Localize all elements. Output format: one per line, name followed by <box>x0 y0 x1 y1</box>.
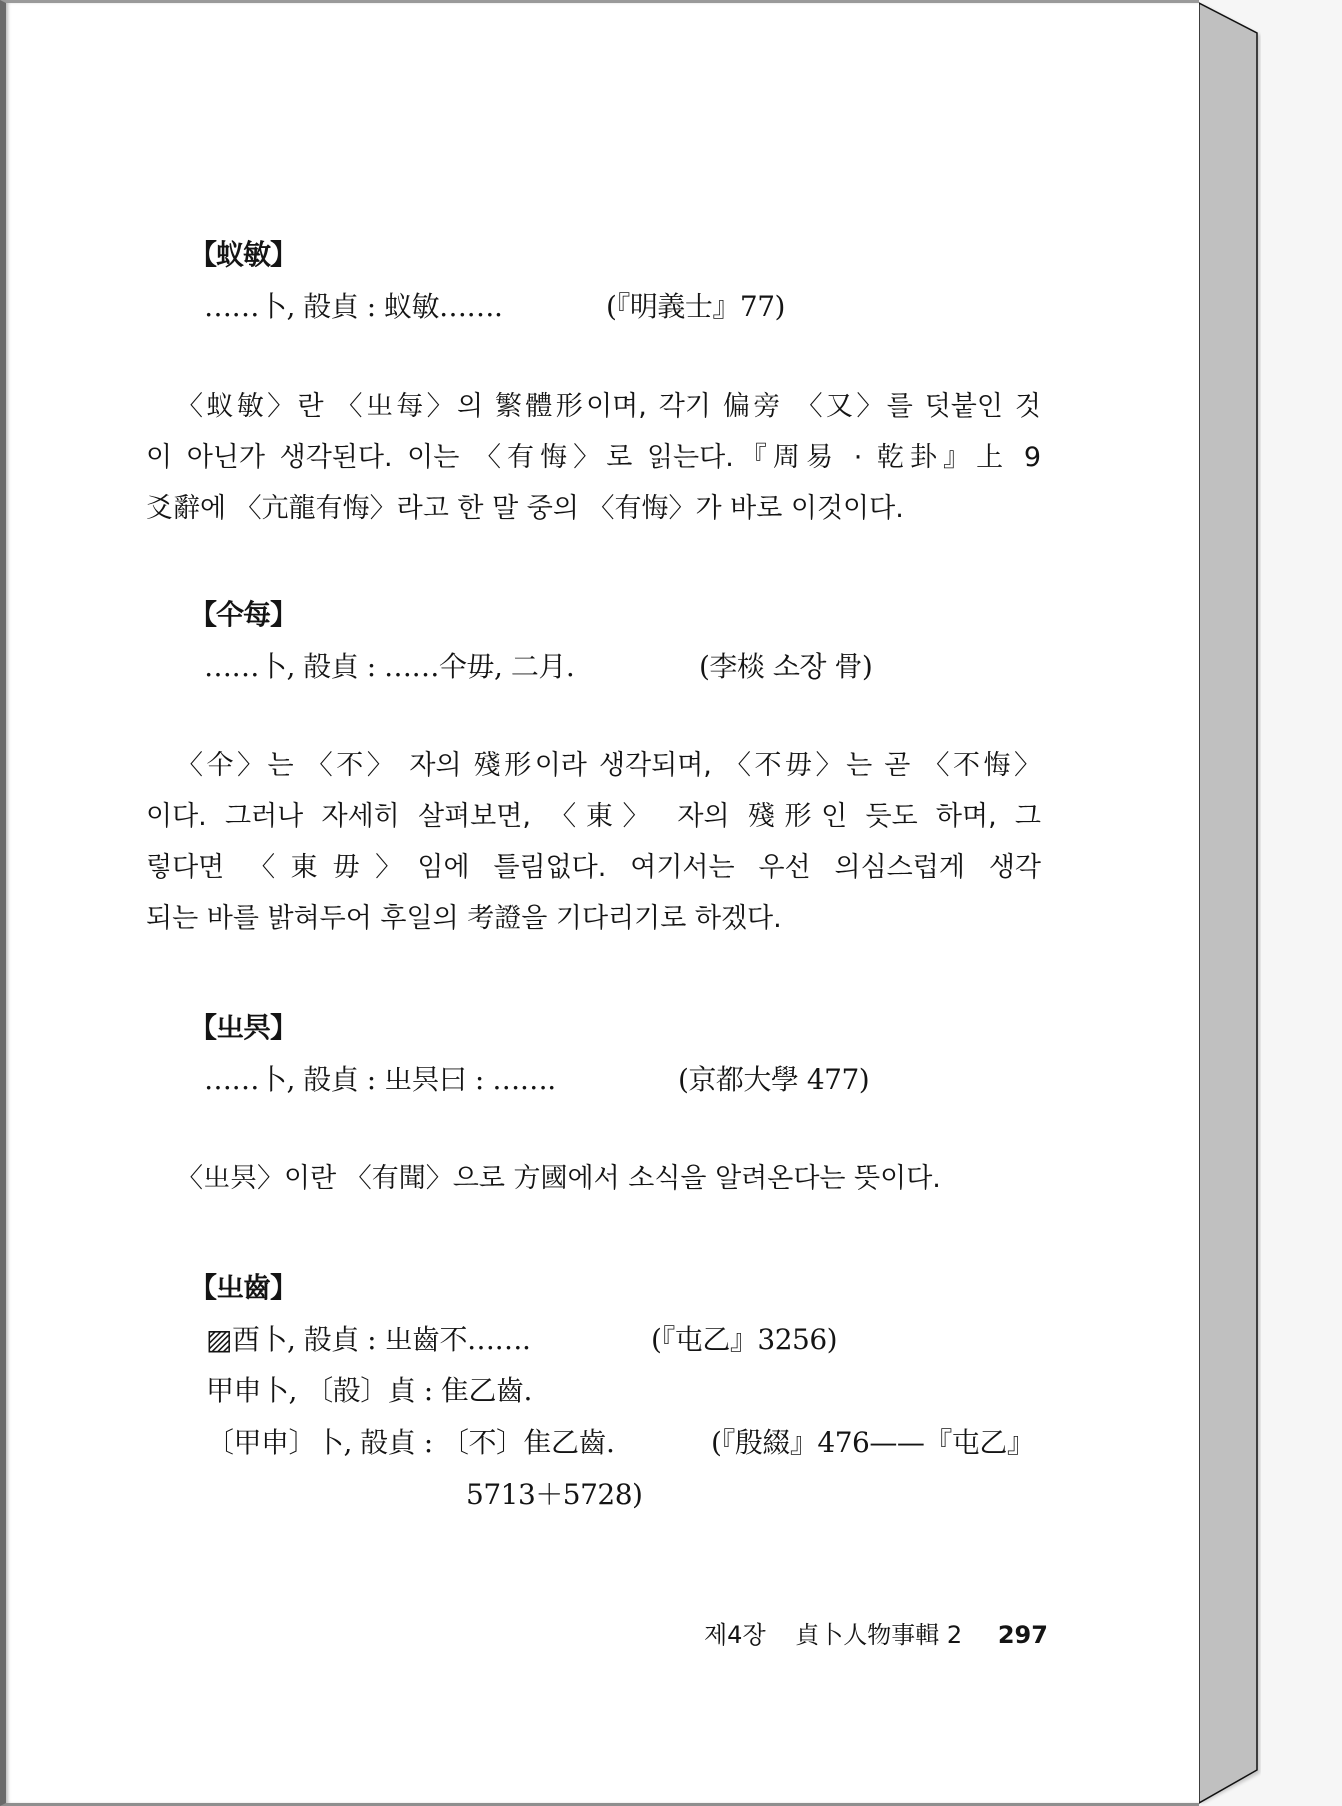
page-number: 297 <box>998 1621 1048 1649</box>
commentary-paragraph: 〈仐〉는 〈不〉 자의 殘形이라 생각되며, 〈不毋〉는 곧 〈不悔〉 이다. … <box>146 740 1041 944</box>
entry-heading: 【㞢昗】 <box>189 1006 297 1046</box>
inscription-source: (京都大學 477) <box>678 1058 869 1098</box>
inscription-line: 甲申卜, 〔㱿〕貞 : 隹乙齒. <box>206 1369 532 1409</box>
inscription-text: ……卜, 㱿貞 : ……仐毋, 二月. <box>204 650 574 683</box>
inscription-source: (李棪 소장 骨) <box>699 645 872 685</box>
inscription-text: ……卜, 㱿貞 : 蚁敏……. <box>204 290 502 323</box>
commentary-paragraph: 〈蚁敏〉란 〈㞢每〉의 繁體形이며, 각기 偏旁 〈又〉를 덧붙인 것 이 아닌… <box>146 381 1041 534</box>
inscription-source: (『屯乙』3256) <box>651 1318 837 1358</box>
entry-heading: 【仐每】 <box>189 593 297 633</box>
inscription-line: ……卜, 㱿貞 : 㞢昗曰 : ……. <box>204 1058 556 1098</box>
chapter-title: 貞卜人物事輯 2 <box>795 1621 962 1649</box>
book-page-view: 【蚁敏】 ……卜, 㱿貞 : 蚁敏……. (『明義士』77) 〈蚁敏〉란 〈㞢每… <box>0 0 1342 1806</box>
inscription-line: ……卜, 㱿貞 : 蚁敏……. <box>204 285 502 325</box>
paragraph-line: 이다. 그러나 자세히 살펴보면, 〈東〉 자의 殘形인 듯도 하며, 그 <box>146 791 1041 842</box>
page: 【蚁敏】 ……卜, 㱿貞 : 蚁敏……. (『明義士』77) 〈蚁敏〉란 〈㞢每… <box>0 0 1199 1806</box>
inscription-source-continuation: 5713＋5728) <box>466 1473 642 1513</box>
paragraph-line: 〈蚁敏〉란 〈㞢每〉의 繁體形이며, 각기 偏旁 〈又〉를 덧붙인 것 <box>146 381 1041 432</box>
entry-heading: 【蚁敏】 <box>189 233 297 273</box>
paragraph-line: 〈仐〉는 〈不〉 자의 殘形이라 생각되며, 〈不毋〉는 곧 〈不悔〉 <box>146 740 1041 791</box>
running-footer: 제4장 貞卜人物事輯 2 297 <box>704 1615 1048 1650</box>
inscription-source: (『殷綴』476——『屯乙』 <box>711 1421 1034 1461</box>
inscription-text: 〔甲申〕卜, 㱿貞 : 〔不〕隹乙齒. <box>206 1426 614 1459</box>
spine-shape-icon <box>1199 0 1261 1806</box>
paragraph-line: 爻辭에 〈亢龍有悔〉라고 한 말 중의 〈有悔〉가 바로 이것이다. <box>146 483 1041 534</box>
inscription-line: 〔甲申〕卜, 㱿貞 : 〔不〕隹乙齒. <box>206 1421 614 1461</box>
book-spine <box>1199 0 1261 1806</box>
chapter-label: 제4장 <box>704 1621 766 1649</box>
inscription-text: ……卜, 㱿貞 : 㞢昗曰 : ……. <box>204 1063 556 1096</box>
inscription-line: ▨酉卜, 㱿貞 : 㞢齒不……. <box>206 1318 530 1358</box>
commentary-paragraph: 〈㞢昗〉이란 〈有聞〉으로 方國에서 소식을 알려온다는 뜻이다. <box>146 1153 1041 1204</box>
paragraph-line: 렇다면 〈東毋〉임에 틀림없다. 여기서는 우선 의심스럽게 생각 <box>146 842 1041 893</box>
entry-heading: 【㞢齒】 <box>189 1266 297 1306</box>
inscription-source: (『明義士』77) <box>606 285 785 325</box>
paragraph-line: 〈㞢昗〉이란 〈有聞〉으로 方國에서 소식을 알려온다는 뜻이다. <box>146 1153 1041 1204</box>
inscription-text: 甲申卜, 〔㱿〕貞 : 隹乙齒. <box>206 1374 532 1407</box>
paragraph-line: 이 아닌가 생각된다. 이는 〈有悔〉로 읽는다.『周易 · 乾卦』上 9 <box>146 432 1041 483</box>
paragraph-line: 되는 바를 밝혀두어 후일의 考證을 기다리기로 하겠다. <box>146 893 1041 944</box>
inscription-text: ▨酉卜, 㱿貞 : 㞢齒不……. <box>206 1323 530 1356</box>
inscription-line: ……卜, 㱿貞 : ……仐毋, 二月. <box>204 645 574 685</box>
